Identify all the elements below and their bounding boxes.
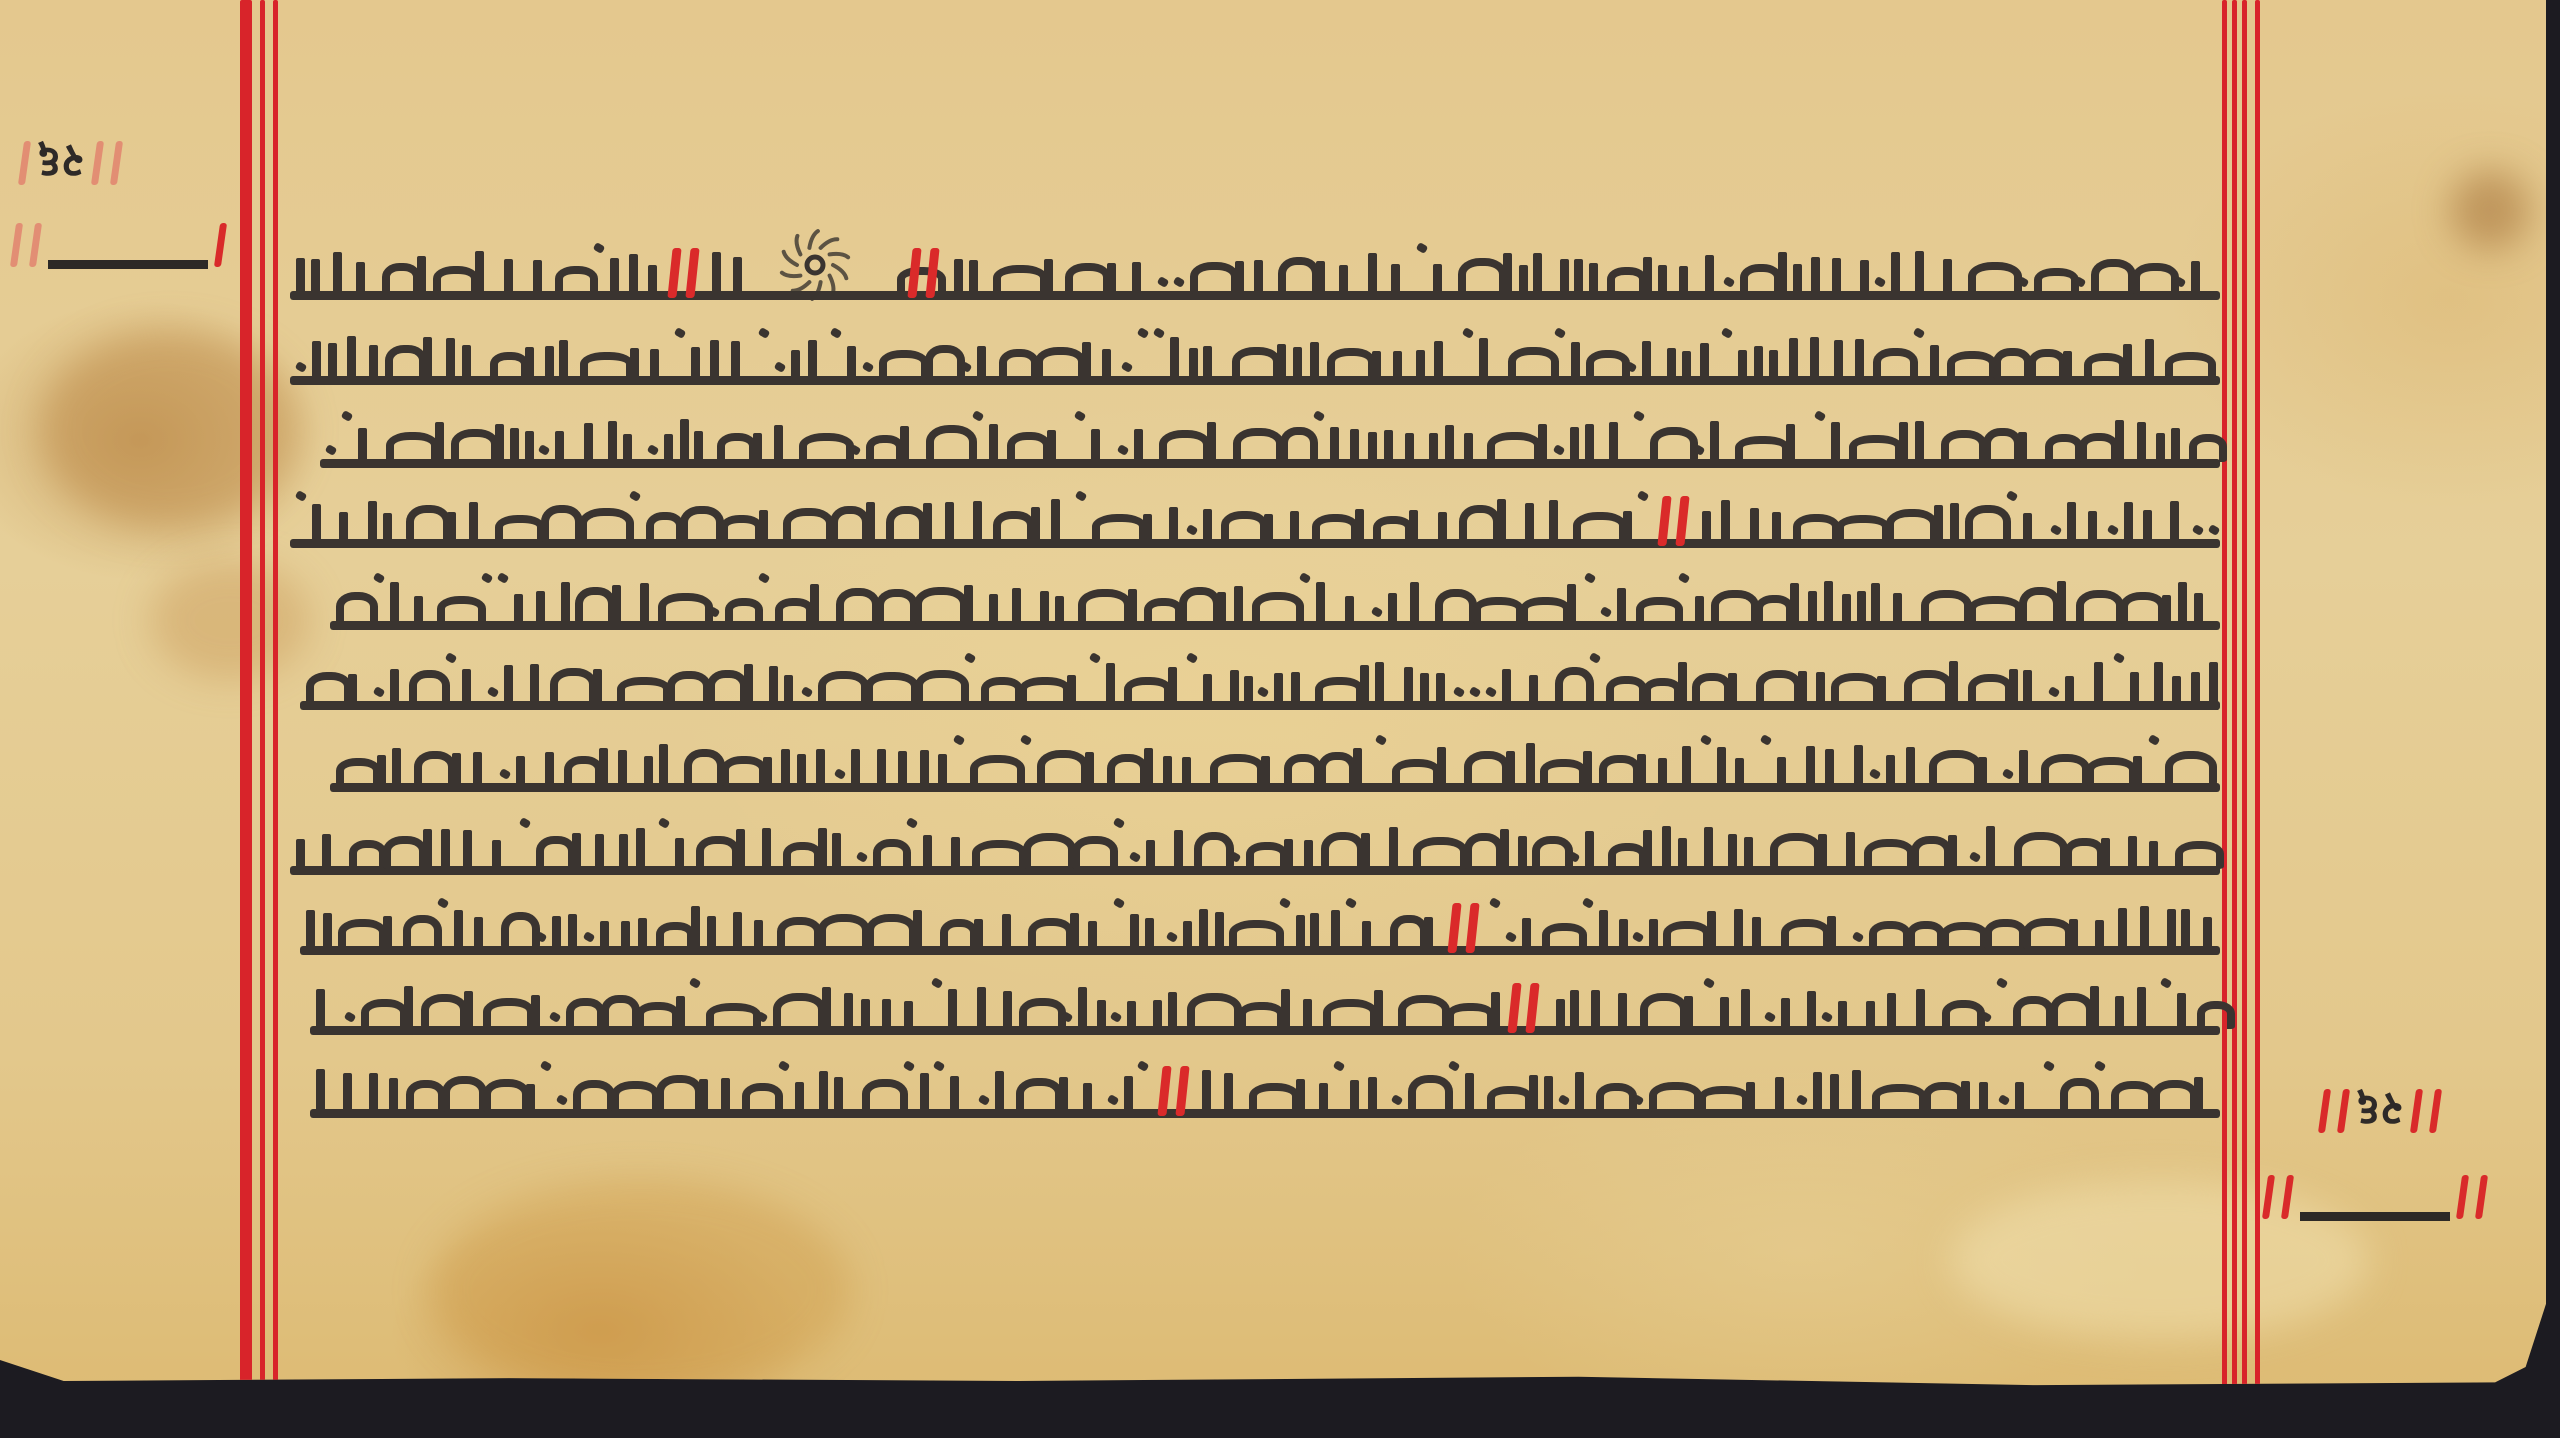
ink-loop: [799, 433, 854, 462]
ink-stroke: [2167, 909, 2176, 955]
ink-stroke: [1746, 1082, 1755, 1118]
ink-dot: [834, 768, 847, 780]
ink-loop: [783, 508, 834, 542]
ink-stroke: [1067, 675, 1076, 710]
ink-stroke: [1609, 422, 1618, 468]
ink-dot: [1117, 444, 1130, 456]
ink-stroke: [822, 987, 831, 1035]
ink-loop: [865, 672, 919, 704]
ink-stroke: [1281, 989, 1290, 1035]
ink-stroke: [1393, 351, 1402, 385]
ink-stroke: [2115, 420, 2124, 468]
ink-dot: [1153, 327, 1166, 339]
ink-dot: [538, 444, 551, 456]
ink-loop: [2045, 434, 2083, 462]
ink-stroke: [1500, 829, 1509, 875]
ink-stroke: [492, 840, 501, 875]
ink-stroke: [1384, 430, 1393, 468]
ink-stroke: [2115, 996, 2124, 1035]
ink-loop: [2041, 754, 2090, 786]
ink-stroke: [1097, 1000, 1106, 1035]
ink-loop: [1233, 428, 1284, 462]
ink-stroke: [2094, 662, 2103, 710]
ink-stroke: [1949, 661, 1958, 710]
text-line: [290, 742, 2220, 802]
ink-dot: [1453, 686, 1466, 698]
ink-stroke: [731, 341, 740, 385]
ink-stroke: [664, 434, 673, 468]
ink-loop: [409, 670, 450, 704]
ink-loop: [2079, 433, 2119, 462]
ink-loop: [1035, 347, 1086, 379]
ink-stroke: [369, 1073, 378, 1118]
ink-dot: [931, 977, 944, 989]
ink-stroke: [1102, 349, 1111, 385]
ink-loop: [1872, 1084, 1927, 1112]
ink-stroke: [920, 750, 929, 792]
ink-stroke: [1891, 252, 1900, 300]
ink-stroke: [1623, 511, 1632, 548]
ink-stroke: [1168, 667, 1177, 710]
ink-dot: [1721, 327, 1734, 339]
ink-dot: [437, 897, 450, 909]
ink-loop: [1065, 263, 1111, 294]
ink-loop: [421, 994, 468, 1029]
ink-loop: [1921, 590, 1972, 624]
ink-stroke: [1658, 758, 1667, 792]
ink-dot: [1469, 686, 1482, 698]
ink-stroke: [1684, 996, 1693, 1035]
ink-stroke: [1538, 424, 1547, 468]
ink-loop: [1907, 921, 1945, 949]
ink-loop: [2034, 268, 2079, 294]
ink-stroke: [623, 434, 632, 468]
ink-loop: [386, 432, 439, 462]
ink-stroke: [913, 910, 922, 955]
folio-number-text: २६: [2356, 1080, 2404, 1142]
ink-stroke: [452, 753, 461, 792]
ink-stroke: [1082, 342, 1091, 385]
ink-stroke: [1031, 507, 1040, 548]
ink-dot: [1703, 977, 1716, 989]
ink-loop: [1190, 262, 1239, 294]
red-danda-mark: [2262, 1175, 2275, 1219]
ink-stroke: [1168, 992, 1177, 1035]
ink-stroke: [1852, 1070, 1861, 1118]
ink-stroke: [369, 345, 378, 385]
ink-stroke: [1906, 747, 1915, 792]
red-danda-mark: [2429, 1089, 2442, 1133]
ink-stroke: [1866, 1001, 1875, 1035]
ink-loop: [2165, 352, 2216, 379]
ink-loop: [999, 349, 1039, 379]
ink-loop: [1221, 511, 1268, 542]
ink-dot: [953, 734, 966, 746]
ink-dot: [1637, 490, 1650, 502]
ink-dot: [1020, 734, 1033, 746]
ink-loop: [1606, 676, 1647, 704]
ink-stroke: [1189, 348, 1198, 385]
ink-loop: [385, 345, 427, 379]
ink-stroke: [1130, 914, 1139, 955]
ink-loop: [1078, 589, 1132, 624]
ink-stroke: [383, 513, 392, 548]
ink-dot: [1333, 1060, 1346, 1072]
ink-stroke: [2209, 662, 2218, 710]
ink-stroke: [1574, 259, 1583, 300]
ink-loop: [1312, 514, 1359, 542]
ink-stroke: [1274, 673, 1283, 710]
ink-stroke: [2194, 1077, 2203, 1118]
red-danda-mark: [10, 223, 23, 267]
ink-loop: [501, 912, 540, 949]
ink-dot: [1678, 572, 1691, 584]
ink-dot: [1075, 490, 1088, 502]
ink-stroke: [1203, 509, 1212, 548]
ink-loop: [721, 756, 767, 786]
red-danda-mark: [91, 141, 104, 185]
ink-dot: [2048, 686, 2061, 698]
ink-dot: [1257, 686, 1270, 698]
ink-stroke: [306, 910, 315, 955]
ink-stroke: [1915, 421, 1924, 468]
ink-dot: [1505, 931, 1518, 943]
ink-stroke: [2018, 432, 2027, 468]
ink-stroke: [1777, 757, 1786, 792]
ink-stroke: [2191, 672, 2200, 710]
ink-stroke: [469, 502, 478, 548]
ink-loop: [555, 266, 598, 294]
ink-loop: [1144, 598, 1183, 624]
ink-stroke: [1134, 429, 1143, 468]
ink-stroke: [774, 425, 783, 468]
ink-stroke: [1409, 510, 1418, 548]
ink-stroke: [1047, 430, 1056, 468]
ink-dot: [583, 931, 596, 943]
ink-stroke: [392, 748, 401, 792]
ink-stroke: [650, 349, 659, 385]
ink-loop: [658, 593, 713, 624]
ink-loop: [2014, 832, 2068, 869]
ink-dot: [1137, 1060, 1150, 1072]
ink-stroke: [1437, 747, 1446, 792]
ink-stroke: [1434, 341, 1443, 385]
ink-loop: [1194, 832, 1234, 869]
ink-stroke: [1169, 507, 1178, 548]
ink-stroke: [1943, 259, 1952, 300]
ink-loop: [1210, 754, 1265, 786]
ink-dot: [2006, 490, 2019, 502]
ink-dot: [1186, 652, 1199, 664]
ink-loop: [442, 1076, 487, 1112]
ink-loop: [437, 596, 486, 624]
ink-loop: [1756, 670, 1802, 704]
red-danda-mark: [214, 223, 227, 267]
ink-stroke: [1832, 258, 1841, 300]
ink-loop: [1318, 752, 1357, 786]
ink-stroke: [699, 1079, 708, 1118]
ink-stroke: [659, 744, 668, 792]
ink-loop: [336, 592, 378, 624]
ink-stroke: [1465, 1073, 1474, 1118]
ink-stroke: [1296, 1079, 1305, 1118]
ink-dot: [1633, 410, 1646, 422]
left-margin-caption: [10, 220, 227, 269]
ink-loop: [696, 836, 740, 869]
ink-stroke: [1331, 910, 1340, 955]
ink-dot: [1166, 931, 1179, 943]
ink-loop: [1869, 921, 1911, 949]
ink-stroke: [1296, 915, 1305, 955]
text-line: [290, 1068, 2220, 1128]
ink-dot: [373, 572, 386, 584]
ink-stroke: [1741, 989, 1750, 1035]
ink-loop: [1735, 436, 1790, 462]
ink-stroke: [1599, 910, 1608, 955]
ink-stroke: [347, 336, 356, 385]
ink-loop: [707, 670, 748, 704]
ink-stroke: [593, 669, 602, 710]
ink-stroke: [1107, 263, 1116, 300]
ink-loop: [1599, 755, 1641, 786]
ink-stroke: [2101, 838, 2110, 875]
ink-loop: [575, 587, 616, 624]
ink-stroke: [514, 594, 523, 630]
ink-dot: [1558, 1094, 1571, 1106]
ink-loop: [1643, 678, 1682, 704]
ink-stroke: [296, 839, 305, 875]
ink-loop: [1923, 1082, 1965, 1112]
ink-stroke: [1637, 754, 1646, 792]
ink-dot: [2050, 524, 2063, 536]
ink-stroke: [1350, 429, 1359, 468]
ink-dot: [801, 686, 814, 698]
ink-loop: [862, 1079, 908, 1112]
ink-stroke: [610, 258, 619, 300]
ink-stroke: [1254, 260, 1263, 300]
ink-loop: [1321, 832, 1365, 869]
ink-stroke: [1533, 253, 1542, 300]
ink-loop: [1831, 673, 1881, 704]
ink-loop: [1028, 918, 1074, 949]
ink-loop: [1755, 595, 1794, 624]
ink-stroke: [462, 669, 471, 710]
ink-stroke: [316, 989, 325, 1035]
ink-dot: [1313, 410, 1326, 422]
ink-stroke: [1091, 429, 1100, 468]
ink-dot: [862, 361, 875, 373]
ink-stroke: [1083, 1083, 1092, 1118]
ink-stroke: [1003, 991, 1012, 1035]
ink-stroke: [339, 512, 348, 548]
ink-stroke: [1871, 583, 1880, 630]
ink-stroke: [2191, 261, 2200, 300]
ink-dot: [1913, 327, 1926, 339]
ink-stroke: [1682, 746, 1691, 792]
ink-stroke: [568, 914, 577, 955]
ink-dot: [1279, 897, 1292, 909]
stain: [2450, 170, 2530, 250]
ink-stroke: [1728, 673, 1737, 710]
ink-loop: [1446, 1003, 1495, 1029]
ink-loop: [1508, 347, 1559, 379]
ink-dot: [1089, 652, 1102, 664]
ink-stroke: [1374, 990, 1383, 1035]
ink-stroke: [495, 424, 504, 468]
ink-dot: [1998, 1094, 2011, 1106]
ink-stroke: [504, 665, 513, 710]
ink-loop: [981, 677, 1023, 704]
left-folio-number: २६: [18, 132, 123, 194]
ink-stroke: [1950, 503, 1959, 548]
ink-dot: [1121, 361, 1134, 373]
ink-stroke: [1375, 662, 1384, 710]
ink-stroke: [1207, 422, 1216, 468]
ink-loop: [536, 836, 576, 869]
ink-stroke: [389, 1078, 398, 1118]
ink-stroke: [2067, 502, 2076, 548]
ink-loop: [1278, 257, 1320, 294]
ink-loop: [1947, 351, 1997, 379]
ink-stroke: [1078, 987, 1087, 1035]
red-danda-mark: [2318, 1089, 2331, 1133]
ink-stroke: [1085, 752, 1094, 792]
ink-loop: [2084, 353, 2127, 379]
ink-loop: [2120, 592, 2166, 624]
ink-stroke: [1887, 993, 1896, 1035]
ink-stroke: [1585, 424, 1594, 468]
ink-dot: [1186, 524, 1199, 536]
ink-stroke: [1316, 582, 1325, 630]
ink-stroke: [1793, 264, 1802, 300]
red-danda-mark: [2281, 1175, 2294, 1219]
ink-dot: [978, 1094, 991, 1106]
ink-dot: [1584, 572, 1597, 584]
ink-dot: [497, 572, 510, 584]
ink-loop: [414, 751, 456, 786]
ink-loop: [1458, 258, 1507, 294]
ink-dot: [1553, 444, 1566, 456]
ink-loop: [1408, 1075, 1453, 1112]
ink-stroke: [1585, 831, 1594, 875]
ink-loop: [483, 998, 535, 1029]
ink-stroke: [2177, 993, 2186, 1035]
ink-stroke: [2069, 919, 2078, 955]
ink-loop: [1711, 590, 1759, 624]
ink-stroke: [1916, 989, 1925, 1035]
ink-stroke: [1203, 674, 1212, 710]
ink-stroke: [1682, 351, 1691, 385]
ink-stroke: [1556, 999, 1565, 1035]
ink-stroke: [691, 347, 700, 385]
ink-stroke: [595, 834, 604, 875]
ink-stroke: [1744, 837, 1753, 875]
ink-stroke: [1679, 266, 1688, 300]
ink-stroke: [1203, 346, 1212, 385]
ink-stroke: [1728, 834, 1737, 875]
ink-dot: [658, 817, 671, 829]
ink-stroke: [1491, 992, 1500, 1035]
ink-loop: [566, 998, 605, 1029]
ink-loop: [1698, 1086, 1750, 1112]
ink-stroke: [707, 916, 716, 955]
ink-stroke: [474, 917, 483, 955]
ink-stroke: [1617, 588, 1626, 630]
ink-stroke: [441, 829, 450, 875]
red-danda-mark: [2337, 1089, 2350, 1133]
ink-stroke: [2149, 841, 2158, 875]
ink-loop: [775, 598, 814, 624]
ink-loop: [2175, 841, 2224, 869]
ink-stroke: [2194, 593, 2203, 630]
ink-dot: [373, 686, 386, 698]
ink-dot: [1157, 276, 1170, 288]
ink-loop: [541, 505, 583, 542]
ink-stroke: [2095, 920, 2104, 955]
ink-loop: [1520, 597, 1571, 624]
ink-stroke: [1012, 588, 1021, 630]
ink-stroke: [612, 585, 621, 630]
ink-dot: [964, 652, 977, 664]
ink-stroke: [1174, 830, 1183, 875]
ink-stroke: [1362, 921, 1371, 955]
ink-loop: [1532, 836, 1573, 869]
ink-stroke: [1145, 918, 1154, 955]
ink-stroke: [1416, 350, 1425, 385]
ink-stroke: [877, 749, 886, 792]
ink-loop: [1280, 427, 1318, 462]
ink-stroke: [1705, 255, 1714, 300]
ink-stroke: [1055, 596, 1064, 630]
ink-stroke: [948, 989, 957, 1035]
ink-stroke: [1735, 758, 1744, 792]
ink-stroke: [1899, 422, 1908, 468]
ink-stroke: [531, 995, 540, 1035]
ink-dot: [1632, 931, 1645, 943]
ink-stroke: [1106, 663, 1115, 710]
ink-stroke: [954, 259, 963, 300]
ink-dot: [1113, 817, 1126, 829]
ink-loop: [1968, 262, 2022, 294]
ink-stroke: [1389, 827, 1398, 875]
ink-stroke: [2170, 501, 2179, 548]
ink-stroke: [938, 754, 947, 792]
ink-dot: [1582, 897, 1595, 909]
ink-loop: [1941, 430, 1987, 462]
ink-stroke: [1781, 998, 1790, 1035]
ink-stroke: [464, 991, 473, 1035]
ink-stroke: [1886, 755, 1895, 792]
ink-loop: [1781, 919, 1831, 949]
ink-stroke: [1702, 511, 1711, 548]
ink-stroke: [599, 748, 608, 792]
ink-stroke: [1978, 757, 1987, 792]
ink-stroke: [1789, 338, 1798, 385]
ink-stroke: [2140, 906, 2149, 955]
ink-stroke: [423, 829, 432, 875]
ink-stroke: [608, 421, 617, 468]
text-line: [290, 985, 2220, 1045]
red-danda-mark: [2475, 1175, 2488, 1219]
ink-loop: [1607, 267, 1647, 294]
ink-stroke: [510, 428, 519, 468]
ink-dot: [1814, 410, 1827, 422]
ink-stroke: [1368, 1077, 1377, 1118]
ink-stroke: [1182, 757, 1191, 792]
ink-stroke: [516, 756, 525, 792]
ink-loop: [1650, 427, 1698, 462]
ink-dot: [1448, 1060, 1461, 1072]
